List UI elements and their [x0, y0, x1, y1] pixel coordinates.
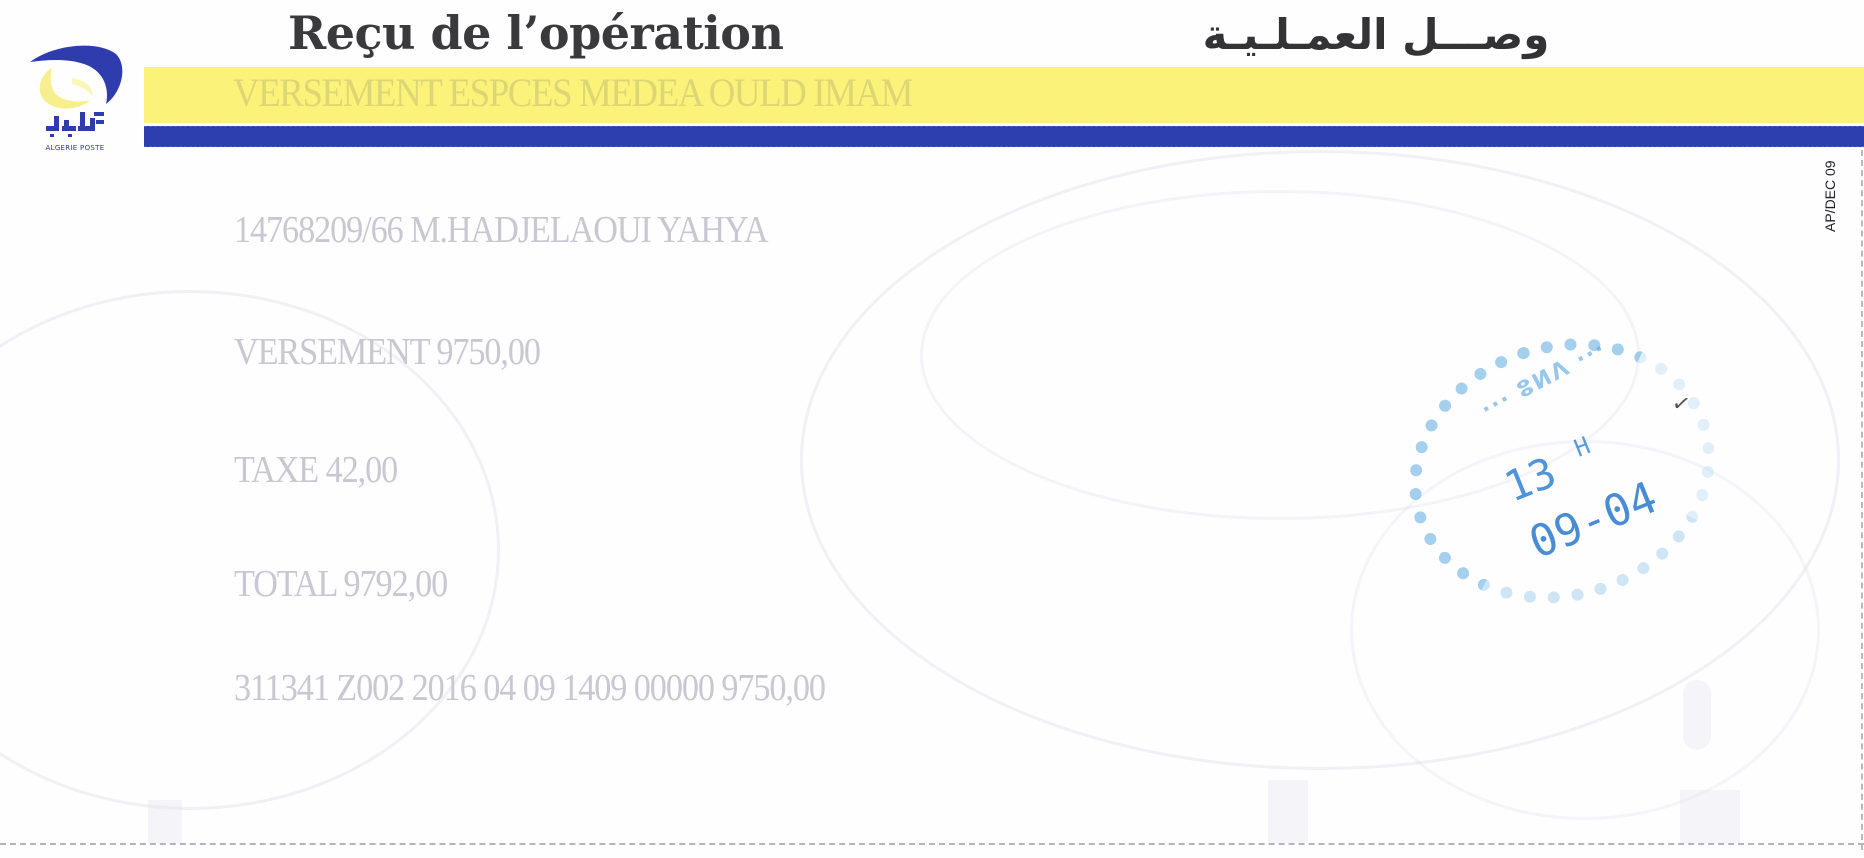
blue-header-band [144, 126, 1864, 147]
stamp-hour: 13 [1498, 447, 1563, 511]
stamp-arc-text: ··· ⵓⵍⴷ ··· [1477, 336, 1611, 423]
algerie-poste-logo-icon: ALGERIE POSTE [24, 40, 126, 155]
watermark-swirl [920, 190, 1640, 520]
perforation-edge-right [1861, 150, 1863, 850]
form-code: AP/DEC 09 [1822, 160, 1838, 232]
postal-receipt: ALGERIE POSTE Reçu de l’opération وصـــل… [0, 0, 1864, 858]
watermark-shape [1680, 790, 1740, 843]
stamp-date: 09-04 [1522, 472, 1664, 569]
check-mark-icon: ✓ [1670, 391, 1692, 419]
tax-amount-line: TAXE 42,00 [234, 448, 397, 492]
postmark-stamp: ··· ⵓⵍⴷ ··· H 13 09-04 [1405, 335, 1725, 610]
watermark-shape [148, 800, 182, 843]
total-amount-line: TOTAL 9792,00 [234, 562, 447, 606]
versement-amount-line: VERSEMENT 9750,00 [234, 330, 540, 374]
watermark-swirl [1350, 440, 1820, 820]
receipt-title-arabic: وصـــل العمـلـيـة [1190, 10, 1562, 59]
perforation-edge-bottom [0, 843, 1864, 845]
watermark-swirl [800, 150, 1840, 770]
account-holder-line: 14768209/66 M.HADJELAOUI YAHYA [234, 208, 767, 252]
transaction-reference-line: 311341 Z002 2016 04 09 1409 00000 9750,0… [234, 666, 825, 710]
stamp-ring [1374, 299, 1749, 642]
watermark-shape [1683, 680, 1711, 750]
logo-caption: ALGERIE POSTE [24, 144, 126, 152]
stamp-hour-suffix: H [1570, 431, 1594, 462]
watermark-shape [1268, 780, 1308, 843]
operation-label: VERSEMENT ESPCES MEDEA OULD IMAM [233, 69, 912, 116]
receipt-title-french: Reçu de l’opération [288, 6, 783, 60]
